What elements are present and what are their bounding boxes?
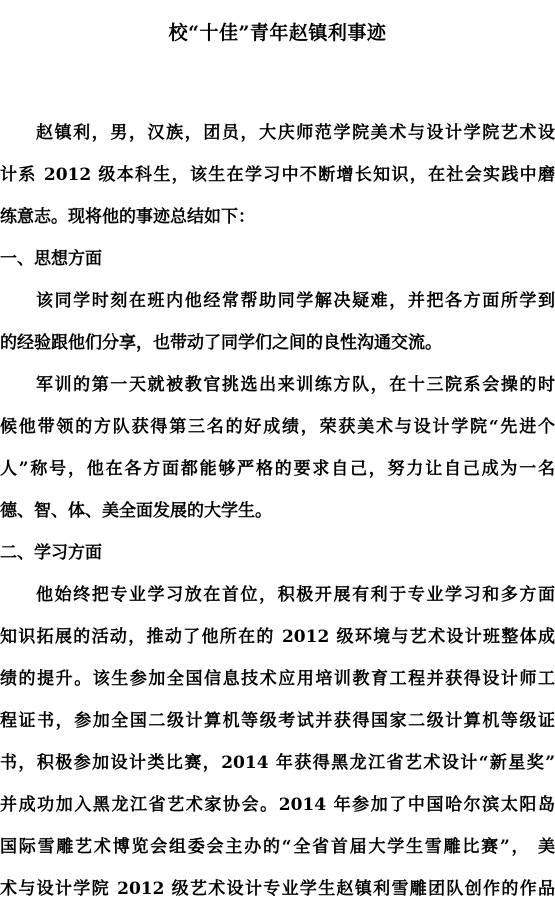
text-line: 二、学习方面 bbox=[0, 541, 555, 565]
text-line: 的经验跟他们分享，也带动了同学们之间的良性沟通交流。 bbox=[0, 331, 555, 355]
text-line: 术与设计学院 2012 级艺术设计专业学生赵镇利雪雕团队创作的作品 bbox=[0, 877, 555, 901]
text-line: 书，积极参加设计类比赛，2014 年获得黑龙江省艺术设计“新星奖” bbox=[0, 751, 555, 775]
text-line: 计系 2012 级本科生，该生在学习中不断增长知识，在社会实践中磨 bbox=[0, 163, 555, 187]
text-line: 人”称号，他在各方面都能够严格的要求自己，努力让自己成为一名 bbox=[0, 457, 555, 481]
text-line: 知识拓展的活动，推动了他所在的 2012 级环境与艺术设计班整体成 bbox=[0, 625, 555, 649]
text-line: 绩的提升。该生参加全国信息技术应用培训教育工程并获得设计师工 bbox=[0, 667, 555, 691]
text-line: 一、思想方面 bbox=[0, 247, 555, 271]
text-line: 程证书，参加全国二级计算机等级考试并获得国家二级计算机等级证 bbox=[0, 709, 555, 733]
text-line: 候他带领的方队获得第三名的好成绩，荣获美术与设计学院“先进个 bbox=[0, 415, 555, 439]
text-line: 国际雪雕艺术博览会组委会主办的“全省首届大学生雪雕比赛”， 美 bbox=[0, 835, 555, 859]
text-line: 军训的第一天就被教官挑选出来训练方队，在十三院系会操的时 bbox=[0, 373, 555, 397]
text-line: 赵镇利，男，汉族，团员，大庆师范学院美术与设计学院艺术设 bbox=[0, 121, 555, 145]
text-line: 该同学时刻在班内他经常帮助同学解决疑难，并把各方面所学到 bbox=[0, 289, 555, 313]
text-line: 练意志。现将他的事迹总结如下： bbox=[0, 205, 555, 229]
document-title: 校“十佳”青年赵镇利事迹 bbox=[0, 18, 555, 45]
text-line: 德、智、体、美全面发展的大学生。 bbox=[0, 499, 555, 523]
text-line: 并成功加入黑龙江省艺术家协会。2014 年参加了中国哈尔滨太阳岛 bbox=[0, 793, 555, 817]
text-line: 他始终把专业学习放在首位，积极开展有利于专业学习和多方面 bbox=[0, 583, 555, 607]
